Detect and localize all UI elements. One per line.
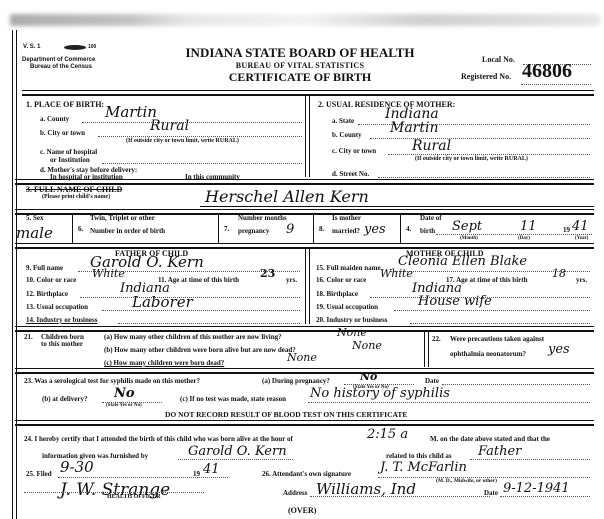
attendant-date-line bbox=[500, 496, 590, 497]
dob-label-2: birth bbox=[420, 227, 435, 235]
health-officer-label: HEALTH OFFICER bbox=[107, 494, 161, 500]
page-title: INDIANA STATE BOARD OF HEALTH bbox=[150, 45, 450, 61]
serology-warning: DO NOT RECORD RESULT OF BLOOD TEST ON TH… bbox=[165, 410, 407, 419]
attendant-note: (M. D., Midwife, or other) bbox=[436, 478, 497, 484]
divider-sex bbox=[72, 213, 73, 243]
mother-industry-label: 20. Industry or business bbox=[316, 316, 387, 324]
serology-during-label: (a) During pregnancy? bbox=[262, 377, 330, 385]
dob-month-caption: (Month) bbox=[460, 236, 478, 241]
father-age-label: 11. Age at time of this birth bbox=[158, 276, 239, 284]
serology-date-line bbox=[442, 384, 590, 385]
divider-twin bbox=[218, 213, 219, 243]
dob-year-caption: (Year) bbox=[575, 236, 588, 241]
frame-left-rule bbox=[12, 30, 17, 519]
married-value: yes bbox=[364, 222, 386, 237]
married-label: Is mother bbox=[332, 214, 361, 222]
res-county-value: Martin bbox=[390, 120, 439, 136]
res-city-line bbox=[388, 154, 590, 155]
dob-month: Sept bbox=[452, 219, 482, 234]
pob-city-line bbox=[98, 136, 302, 137]
children-a-c: None bbox=[287, 351, 317, 364]
sex-value: male bbox=[16, 224, 53, 242]
local-no-label: Local No. bbox=[482, 55, 515, 64]
filed-label: 25. Filed bbox=[26, 470, 52, 478]
precautions-label: Were precautions taken against bbox=[450, 335, 544, 343]
serology-delivery-label: (b) at delivery? bbox=[42, 395, 88, 403]
mother-name-label: 15. Full maiden name bbox=[316, 264, 381, 272]
dob-day: 11 bbox=[520, 219, 537, 234]
father-birthplace-label: 12. Birthplace bbox=[26, 290, 68, 298]
dob-day-caption: (Day) bbox=[518, 236, 530, 241]
certification-text: 24. I hereby certify that I attended the… bbox=[24, 435, 293, 443]
pob-county-line bbox=[82, 122, 302, 123]
child-name-note: (Please print child's name) bbox=[42, 194, 110, 200]
dept-line-2: Bureau of the Census bbox=[30, 64, 92, 70]
children-a-b: None bbox=[352, 339, 382, 352]
attendant-signature: J. T. McFarlin bbox=[380, 460, 467, 475]
res-city-label: c. City or town bbox=[332, 147, 376, 155]
mother-race-value: White bbox=[380, 267, 413, 280]
rule-after-children bbox=[15, 368, 594, 374]
child-name-label: 3. FULL NAME OF CHILD bbox=[26, 185, 122, 194]
mother-birthplace-label: 18. Birthplace bbox=[316, 290, 358, 298]
children-q-c: (c) How many children were born dead? bbox=[104, 359, 224, 367]
filed-line bbox=[58, 477, 228, 478]
serology-question: 23. Was a serological test for syphilis … bbox=[24, 377, 200, 385]
serology-delivery-value: No bbox=[114, 386, 135, 401]
res-street-label: d. Street No. bbox=[332, 170, 369, 178]
dob-year-prefix: 19 bbox=[563, 226, 570, 234]
attendant-date-label: Date bbox=[484, 489, 498, 497]
serology-during-value: No bbox=[360, 370, 377, 383]
serology-delivery-note: (State Yes or No) bbox=[106, 403, 142, 408]
dept-line-1: Department of Commerce bbox=[22, 57, 95, 63]
mother-race-label: 16. Color or race bbox=[316, 276, 366, 284]
registered-no-value: 46806 bbox=[522, 60, 572, 83]
months-value: 9 bbox=[286, 222, 294, 237]
father-occupation-value: Laborer bbox=[132, 293, 193, 311]
father-race-value: White bbox=[92, 267, 125, 280]
informant-label: information given was furnished by bbox=[42, 452, 148, 460]
mother-occupation-line bbox=[394, 310, 590, 311]
address-label: Address bbox=[283, 489, 307, 497]
pob-city-note: (If outside city or town limit, write RU… bbox=[126, 138, 239, 144]
informant-line bbox=[178, 459, 293, 460]
parents-divider bbox=[305, 248, 310, 324]
mother-name-value: Cleonia Ellen Blake bbox=[398, 254, 527, 269]
place-of-birth-heading: 1. PLACE OF BIRTH: bbox=[26, 100, 104, 109]
father-industry-label: 14. Industry or business bbox=[26, 316, 97, 324]
title-block: INDIANA STATE BOARD OF HEALTH BUREAU OF … bbox=[150, 45, 450, 85]
pob-city-value: Rural bbox=[150, 118, 189, 134]
res-city-value: Rural bbox=[412, 138, 451, 154]
pob-hospital-line bbox=[102, 163, 302, 164]
serology-reason-value: No history of syphilis bbox=[310, 386, 450, 401]
mother-industry-line bbox=[410, 323, 590, 324]
twin-label-2: Number in order of birth bbox=[90, 227, 165, 235]
child-name-line bbox=[200, 206, 594, 207]
attendant-label: 26. Attendant's own signature bbox=[262, 470, 351, 478]
res-county-line bbox=[370, 138, 590, 139]
registered-no-label: Registered No. bbox=[461, 72, 511, 81]
over-note: (OVER) bbox=[288, 506, 316, 515]
children-label-2: to this mother bbox=[41, 340, 83, 348]
attendant-date-value: 9-12-1941 bbox=[503, 481, 570, 496]
seal-icon bbox=[64, 45, 86, 50]
divider-months bbox=[313, 213, 314, 243]
res-county-label: b. County bbox=[332, 131, 362, 139]
related-line bbox=[470, 459, 590, 460]
father-race-label: 10. Color or race bbox=[26, 276, 76, 284]
father-age-value: 23 bbox=[260, 267, 275, 280]
mother-age-unit: yrs. bbox=[576, 276, 587, 284]
father-occupation-label: 13. Usual occupation bbox=[26, 303, 88, 311]
serology-reason-label: (c) If no test was made, state reason bbox=[180, 395, 286, 403]
dob-label: Date of bbox=[420, 214, 442, 222]
precautions-num: 22. bbox=[432, 335, 441, 343]
precautions-value: yes bbox=[548, 342, 570, 357]
married-num: 8. bbox=[319, 225, 324, 233]
pob-hospital-label: c. Name of hospital bbox=[40, 148, 97, 156]
months-num: 7. bbox=[224, 225, 229, 233]
dob-year: 41 bbox=[572, 219, 589, 234]
serology-reason-line bbox=[308, 402, 590, 403]
married-label-2: married? bbox=[332, 227, 360, 235]
birth-hour-value: 2:15 a bbox=[367, 427, 408, 442]
related-label: related to this child as bbox=[386, 452, 452, 460]
res-state-label: a. State bbox=[332, 117, 354, 125]
form-header: V. S. 1 100 Department of Commerce Burea… bbox=[0, 0, 604, 95]
children-num: 21. bbox=[24, 333, 33, 341]
res-city-note: (If outside city or town limit, write RU… bbox=[415, 156, 528, 162]
months-label-2: pregnancy bbox=[238, 227, 269, 235]
address-value: Williams, Ind bbox=[316, 480, 416, 498]
related-value: Father bbox=[478, 444, 521, 459]
father-age-unit: yrs. bbox=[286, 276, 297, 284]
months-label: Number months bbox=[238, 214, 287, 222]
filed-value: 9-30 bbox=[60, 458, 94, 476]
twin-num: 6. bbox=[78, 225, 83, 233]
serology-date-label: Date bbox=[425, 377, 439, 385]
twin-label: Twin, Triplet or other bbox=[90, 214, 155, 222]
mother-occupation-value: House wife bbox=[418, 294, 492, 309]
informant-value: Garold O. Kern bbox=[188, 444, 287, 459]
mother-age-value: 18 bbox=[552, 267, 566, 280]
seal-text: 100 bbox=[88, 44, 96, 50]
father-industry-line bbox=[118, 323, 300, 324]
section-divider bbox=[305, 95, 310, 177]
filed-year-prefix: 19 bbox=[193, 470, 200, 478]
children-divider bbox=[424, 331, 429, 367]
divider-married bbox=[400, 213, 401, 243]
children-q-a: (a) How many other children of this moth… bbox=[104, 333, 282, 341]
dob-num: 4. bbox=[406, 225, 411, 233]
registered-no-line bbox=[521, 84, 591, 85]
children-q-b: (b) How many other children were born al… bbox=[104, 346, 296, 354]
rule-after-parents bbox=[15, 326, 594, 332]
father-name-label: 9. Full name bbox=[26, 264, 63, 272]
health-officer-line bbox=[24, 492, 204, 493]
precautions-label-2: ophthalmia neonatorum? bbox=[450, 350, 526, 358]
filed-year: 41 bbox=[203, 462, 220, 477]
dob-line bbox=[436, 234, 592, 235]
pob-county-label: a. County bbox=[40, 115, 69, 123]
pob-city-label: b. City or town bbox=[40, 129, 85, 137]
certificate-title: CERTIFICATE OF BIRTH bbox=[150, 70, 450, 85]
certification-text-2: M. on the date above stated and that the bbox=[430, 435, 550, 443]
child-name-value: Herschel Allen Kern bbox=[205, 187, 369, 206]
children-a-a: None bbox=[337, 326, 367, 339]
page-subtitle: BUREAU OF VITAL STATISTICS bbox=[150, 61, 450, 70]
form-code: V. S. 1 bbox=[23, 44, 40, 50]
rule-after-serology bbox=[15, 420, 594, 426]
mother-occupation-label: 19. Usual occupation bbox=[316, 303, 378, 311]
res-street-line bbox=[378, 177, 590, 178]
sex-label: 5. Sex bbox=[26, 214, 44, 222]
pob-hospital-label-2: or Institution bbox=[50, 156, 90, 164]
